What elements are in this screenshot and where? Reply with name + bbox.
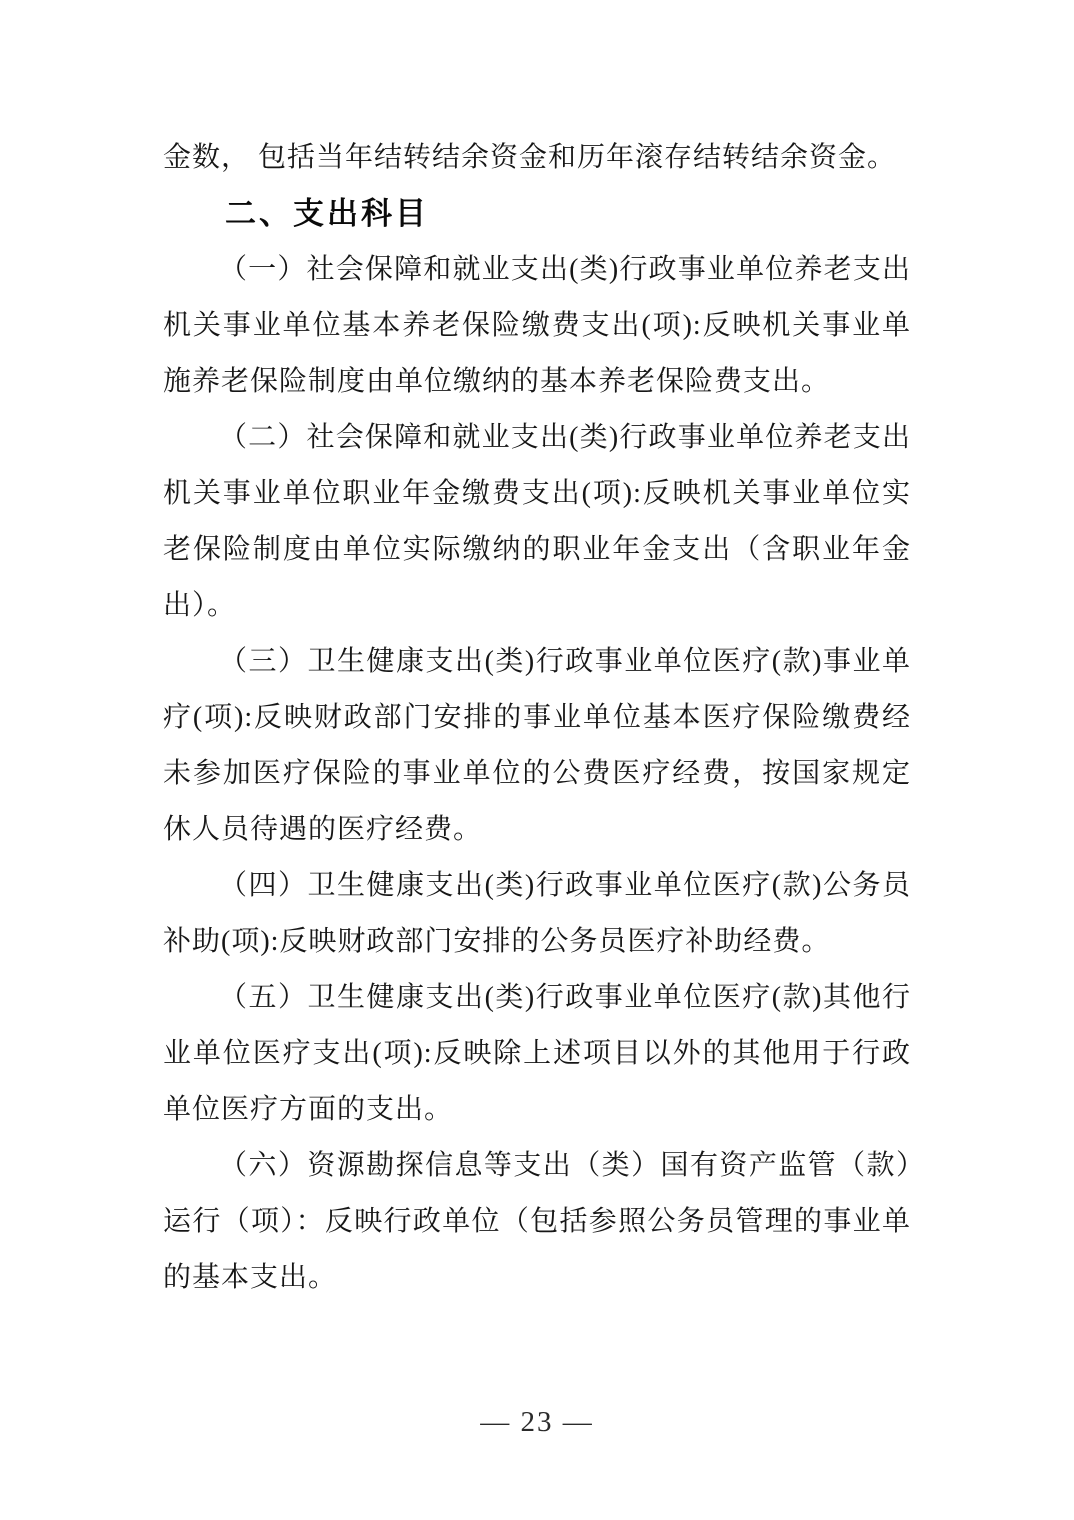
text-line: 金数， 包括当年结转结余资金和历年滚存结转结余资金。 <box>163 130 911 186</box>
document-body: 金数， 包括当年结转结余资金和历年滚存结转结余资金。二、支出科目（一）社会保障和… <box>163 130 911 1306</box>
paragraph: （二）社会保障和就业支出(类)行政事业单位养老支出(款)机关事业单位职业年金缴费… <box>163 410 911 634</box>
paragraph: （三）卫生健康支出(类)行政事业单位医疗(款)事业单位医疗(项):反映财政部门安… <box>163 634 911 858</box>
text-line: （二）社会保障和就业支出(类)行政事业单位养老支出(款) <box>163 410 911 466</box>
text-line: 机关事业单位基本养老保险缴费支出(项):反映机关事业单位实 <box>163 298 911 354</box>
text-line: （四）卫生健康支出(类)行政事业单位医疗(款)公务员医疗 <box>163 858 911 914</box>
text-line: （三）卫生健康支出(类)行政事业单位医疗(款)事业单位医 <box>163 634 911 690</box>
text-line: （六）资源勘探信息等支出（类）国有资产监管（款）行政 <box>163 1138 911 1194</box>
page-footer: — 23 — <box>0 1402 1074 1442</box>
text-line: 运行（项）：反映行政单位（包括参照公务员管理的事业单位） <box>163 1194 911 1250</box>
footer-page-number: — 23 — <box>480 1406 594 1438</box>
document-page: 金数， 包括当年结转结余资金和历年滚存结转结余资金。二、支出科目（一）社会保障和… <box>0 0 1074 1520</box>
text-line: 未参加医疗保险的事业单位的公费医疗经费，按国家规定享受离 <box>163 746 911 802</box>
section-heading: 二、支出科目 <box>163 186 911 242</box>
text-line: 补助(项):反映财政部门安排的公务员医疗补助经费。 <box>163 914 911 970</box>
paragraph: （五）卫生健康支出(类)行政事业单位医疗(款)其他行政事业单位医疗支出(项):反… <box>163 970 911 1138</box>
text-line: 出）。 <box>163 578 911 634</box>
text-line: 机关事业单位职业年金缴费支出(项):反映机关事业单位实施养 <box>163 466 911 522</box>
text-line: 休人员待遇的医疗经费。 <box>163 802 911 858</box>
paragraph: 金数， 包括当年结转结余资金和历年滚存结转结余资金。 <box>163 130 911 186</box>
text-line: 疗(项):反映财政部门安排的事业单位基本医疗保险缴费经费， <box>163 690 911 746</box>
text-line: 业单位医疗支出(项):反映除上述项目以外的其他用于行政事业 <box>163 1026 911 1082</box>
text-line: （一）社会保障和就业支出(类)行政事业单位养老支出(款) <box>163 242 911 298</box>
paragraph: （四）卫生健康支出(类)行政事业单位医疗(款)公务员医疗补助(项):反映财政部门… <box>163 858 911 970</box>
paragraph: （六）资源勘探信息等支出（类）国有资产监管（款）行政运行（项）：反映行政单位（包… <box>163 1138 911 1306</box>
text-line: 老保险制度由单位实际缴纳的职业年金支出（含职业年金补记支 <box>163 522 911 578</box>
paragraph: （一）社会保障和就业支出(类)行政事业单位养老支出(款)机关事业单位基本养老保险… <box>163 242 911 410</box>
text-line: 的基本支出。 <box>163 1250 911 1306</box>
text-line: （五）卫生健康支出(类)行政事业单位医疗(款)其他行政事 <box>163 970 911 1026</box>
text-line: 单位医疗方面的支出。 <box>163 1082 911 1138</box>
text-line: 施养老保险制度由单位缴纳的基本养老保险费支出。 <box>163 354 911 410</box>
